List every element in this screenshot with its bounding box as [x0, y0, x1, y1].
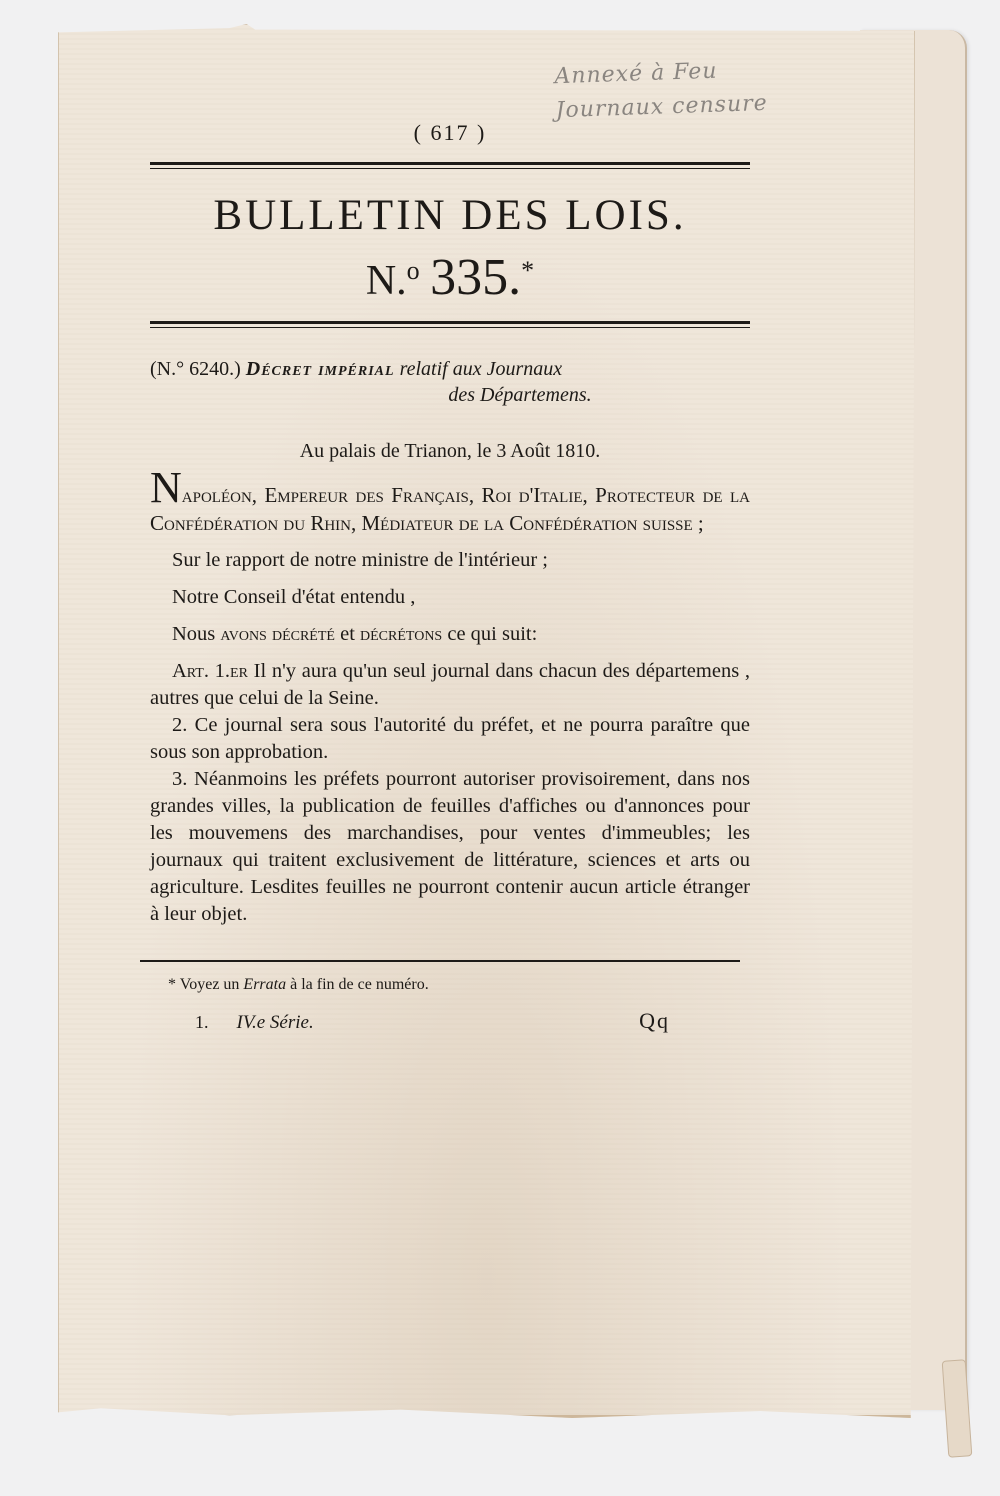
gathering-signature: Qq — [639, 1008, 670, 1034]
article-2: 2. Ce journal sera sous l'autorité du pr… — [150, 712, 750, 766]
article-text: Néanmoins les préfets pourront autoriser… — [150, 768, 750, 925]
enacting-clause: Nous avons décrété et décrétons ce qui s… — [150, 621, 750, 648]
consideration-1: Sur le rapport de notre ministre de l'in… — [150, 547, 750, 574]
preamble-text: apoléon, Empereur des Français, Roi d'It… — [150, 483, 750, 535]
handwritten-annotation: Annexé à Feu Journaux censure — [554, 50, 856, 128]
header-rule-top — [150, 162, 750, 169]
drop-cap: N — [150, 463, 182, 512]
decree-subject-line2: des Départemens. — [150, 382, 750, 408]
article-label: Art. 1.er — [172, 660, 248, 682]
decree-number: (N.° 6240.) — [150, 358, 241, 380]
consideration-2: Notre Conseil d'état entendu , — [150, 584, 750, 611]
article-label: 2. — [172, 714, 187, 736]
article-label: 3. — [172, 768, 187, 790]
document-content: ( 617 ) BULLETIN DES LOIS. N.o 335.* (N.… — [150, 120, 750, 1034]
issue-prefix: N. — [366, 258, 407, 304]
issue-footnote-mark: * — [521, 256, 534, 285]
article-text: Ce journal sera sous l'autorité du préfe… — [150, 714, 750, 763]
bulletin-title: BULLETIN DES LOIS. — [150, 191, 750, 240]
torn-paper-strip — [942, 1359, 973, 1457]
header-rule-bottom — [150, 321, 750, 328]
decree-heading: (N.° 6240.) Décret impérial relatif aux … — [150, 356, 750, 408]
decree-subject-line1: relatif aux Journaux — [400, 358, 563, 380]
page-number: ( 617 ) — [150, 120, 750, 146]
sheet-number: 1. — [195, 1012, 209, 1033]
article-3: 3. Néanmoins les préfets pourront autori… — [150, 766, 750, 928]
issue-value: 335. — [430, 249, 521, 306]
printer-signature-line: 1. IV.e Série. Qq — [195, 1008, 750, 1034]
issue-number: N.o 335.* — [150, 248, 750, 307]
article-1: Art. 1.er Il n'y aura qu'un seul journal… — [150, 658, 750, 712]
preamble: Napoléon, Empereur des Français, Roi d'I… — [150, 473, 750, 537]
series-label: IV.e Série. — [237, 1012, 314, 1034]
decree-type: Décret impérial — [246, 358, 395, 380]
footer-rule — [140, 960, 740, 962]
footnote: * Voyez un Errata à la fin de ce numéro. — [168, 976, 750, 994]
issue-degree: o — [407, 256, 420, 285]
place-date: Au palais de Trianon, le 3 Août 1810. — [150, 440, 750, 463]
